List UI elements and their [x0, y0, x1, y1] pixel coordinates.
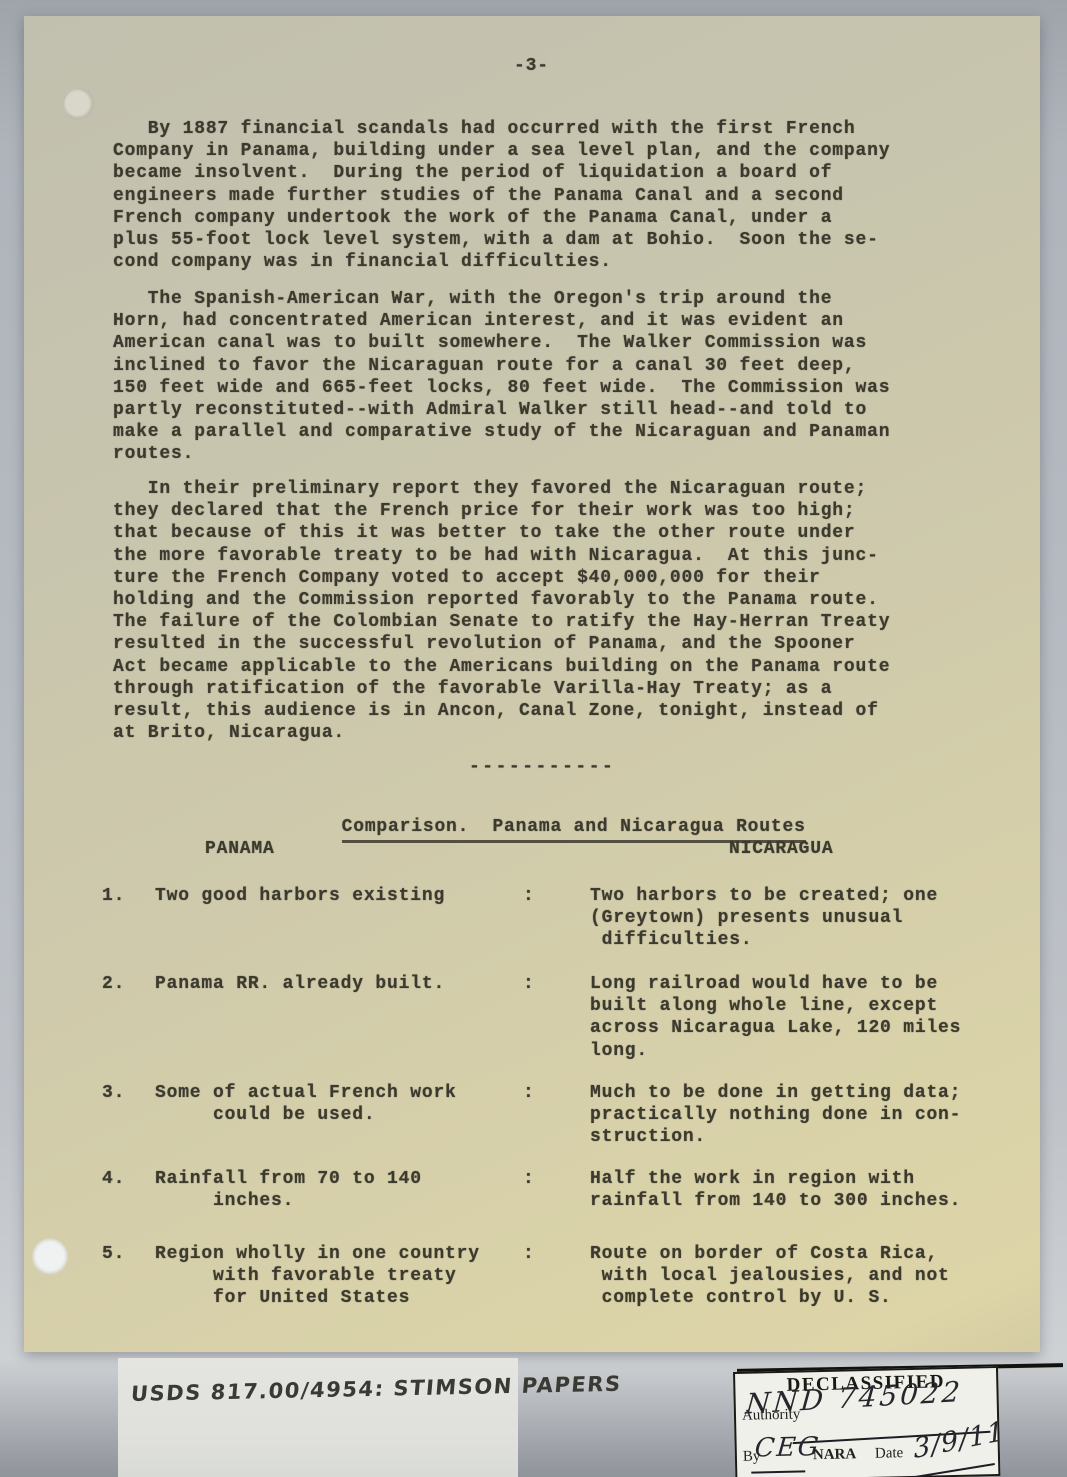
- section-divider: -----------: [469, 756, 615, 778]
- nicaragua-cell: Two harbors to be created; one (Greytown…: [590, 885, 1040, 952]
- comparison-row-4: 4. Rainfall from 70 to 140 inches. : Hal…: [24, 1168, 1040, 1212]
- stamp-date-label: Date: [875, 1445, 904, 1463]
- document-page: -3- By 1887 financial scandals had occur…: [24, 16, 1040, 1352]
- row-separator: :: [515, 1168, 590, 1212]
- archival-note-handwriting: USDS 817.00/4954: STIMSON PAPERS: [130, 1372, 623, 1406]
- panama-cell: Region wholly in one country with favora…: [155, 1243, 515, 1310]
- row-separator: :: [515, 1082, 590, 1149]
- comparison-row-1: 1. Two good harbors existing : Two harbo…: [24, 885, 1040, 952]
- stamp-agency-label: NARA: [813, 1446, 857, 1464]
- paragraph-1: By 1887 financial scandals had occurred …: [113, 118, 890, 273]
- row-number: 1.: [102, 885, 155, 952]
- panama-cell: Rainfall from 70 to 140 inches.: [155, 1168, 515, 1212]
- row-number: 3.: [102, 1082, 155, 1149]
- row-separator: :: [515, 973, 590, 1062]
- declassified-stamp: DECLASSIFIED Authority NND 745022 By CEG…: [733, 1366, 1000, 1477]
- row-number: 2.: [102, 973, 155, 1062]
- row-number: 5.: [102, 1243, 155, 1310]
- archival-note-card: USDS 817.00/4954: STIMSON PAPERS: [118, 1358, 518, 1477]
- comparison-row-3: 3. Some of actual French work could be u…: [24, 1082, 1040, 1149]
- row-separator: :: [515, 1243, 590, 1310]
- comparison-row-2: 2. Panama RR. already built. : Long rail…: [24, 973, 1040, 1062]
- nicaragua-cell: Long railroad would have to be built alo…: [590, 973, 1040, 1062]
- column-header-nicaragua: NICARAGUA: [729, 838, 833, 860]
- nicaragua-cell: Much to be done in getting data; practic…: [590, 1082, 1040, 1149]
- comparison-heading: Comparison. Panama and Nicaragua Routes: [272, 794, 806, 861]
- panama-cell: Panama RR. already built.: [155, 973, 515, 1062]
- row-number: 4.: [102, 1168, 155, 1212]
- stamp-by-underline: [751, 1470, 805, 1473]
- row-separator: :: [515, 885, 590, 952]
- nicaragua-cell: Route on border of Costa Rica, with loca…: [590, 1243, 1040, 1310]
- column-header-panama: PANAMA: [205, 838, 275, 860]
- comparison-row-5: 5. Region wholly in one country with fav…: [24, 1243, 1040, 1310]
- panama-cell: Some of actual French work could be used…: [155, 1082, 515, 1149]
- panama-cell: Two good harbors existing: [155, 885, 515, 952]
- nicaragua-cell: Half the work in region with rainfall fr…: [590, 1168, 1040, 1212]
- punch-hole-top: [64, 88, 96, 122]
- paragraph-3: In their preliminary report they favored…: [113, 478, 890, 744]
- page-number: -3-: [514, 55, 549, 77]
- scanned-document-photo: -3- By 1887 financial scandals had occur…: [0, 0, 1067, 1477]
- stamp-date-underline: [908, 1463, 995, 1477]
- paragraph-2: The Spanish-American War, with the Orego…: [113, 288, 890, 466]
- stamp-date-handwriting: 3/9/11: [912, 1416, 1006, 1465]
- stamp-by-handwriting: CEG: [754, 1432, 822, 1464]
